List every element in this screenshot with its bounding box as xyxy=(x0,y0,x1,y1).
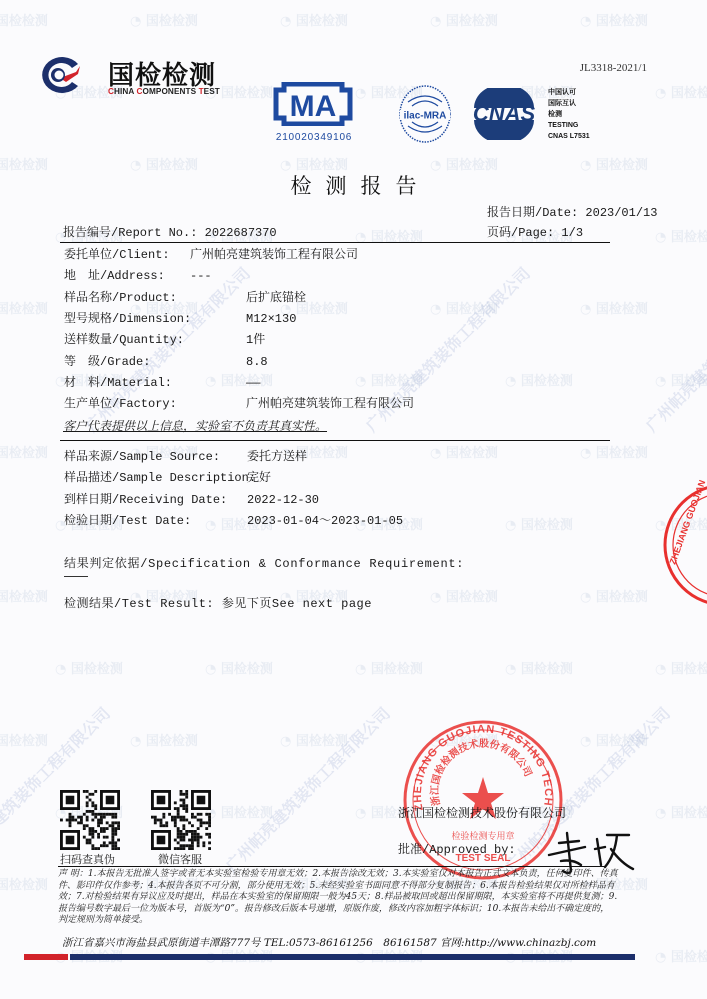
report-meta-right: 报告日期/Date: 2023/01/13 页码/Page: 1/3 xyxy=(487,203,657,243)
info-label: 地 址/Address: xyxy=(64,266,165,286)
info-label: 型号规格/Dimension: xyxy=(64,309,191,329)
logo-name-en: CHINA COMPONENTS TEST xyxy=(108,87,220,96)
info-value: 2023-01-04～2023-01-05 xyxy=(247,511,403,531)
info-value: 广州帕亮建筑装饰工程有限公司 xyxy=(246,394,414,414)
info-label: 等 级/Grade: xyxy=(64,352,150,372)
china-components-test-logo-icon xyxy=(38,54,84,96)
info-value: 8.8 xyxy=(246,352,268,372)
info-value: 后扩底锚栓 xyxy=(246,288,306,308)
handwritten-signature-icon xyxy=(545,825,635,875)
info-value: —— xyxy=(246,373,260,393)
info-row: 材 料/Material:—— xyxy=(64,373,172,393)
footer-band-navy xyxy=(70,954,635,960)
qr-caption-verify: 扫码查真伪 xyxy=(60,851,115,867)
info-row: 型号规格/Dimension:M12×130 xyxy=(64,309,191,329)
company-logo: 国检检测 CHINA COMPONENTS TEST xyxy=(38,52,228,102)
info-value: M12×130 xyxy=(246,309,296,329)
info-row: 样品描述/Sample Description:完好 xyxy=(64,468,256,488)
info-row: 生产单位/Factory:广州帕亮建筑装饰工程有限公司 xyxy=(64,394,177,414)
testing-company-name: 浙江国检检测技术股份有限公司 xyxy=(398,804,566,821)
cnas-line: 中国认可 xyxy=(548,87,590,98)
footer-address: 浙江省嘉兴市海盐县武原街道丰潭路777号 TEL:0573-86161256 8… xyxy=(62,935,596,950)
info-value: 2022-12-30 xyxy=(247,490,319,510)
cnas-line: 国际互认 xyxy=(548,98,590,109)
test-result: 检测结果/Test Result: 参见下页See next page xyxy=(64,594,372,611)
svg-text:MA: MA xyxy=(290,90,337,123)
svg-text:ilac-MRA: ilac-MRA xyxy=(404,111,447,122)
info-row: 地 址/Address:--- xyxy=(64,266,165,286)
page-number: 页码/Page: 1/3 xyxy=(487,223,657,243)
statement-notes: 声 明：1.本报告无批准人签字或者无本实验室检验专用章无效；2.本报告涂改无效；… xyxy=(58,869,618,927)
divider xyxy=(58,866,606,867)
info-value: 委托方送样 xyxy=(247,447,307,467)
info-row: 检验日期/Test Date:2023-01-04～2023-01-05 xyxy=(64,511,191,531)
info-row: 样品来源/Sample Source:委托方送样 xyxy=(64,447,220,467)
info-label: 送样数量/Quantity: xyxy=(64,330,184,350)
info-row: 样品名称/Product:后扩底锚栓 xyxy=(64,288,177,308)
cnas-line: TESTING xyxy=(548,120,590,131)
info-value: --- xyxy=(190,266,212,286)
info-row: 委托单位/Client:广州帕亮建筑装饰工程有限公司 xyxy=(64,245,170,265)
cnas-line: 检测 xyxy=(548,109,590,120)
red-company-seal-icon: ZHEJIANG GUOJIAN TESTING TECHNOLOGY 浙江国检… xyxy=(398,715,568,885)
info-label: 检验日期/Test Date: xyxy=(64,511,191,531)
info-label: 到样日期/Receiving Date: xyxy=(64,490,227,510)
report-number: 报告编号/Report No.: 2022687370 xyxy=(63,223,277,240)
info-label: 样品描述/Sample Description: xyxy=(64,468,256,488)
red-seal-partial-icon: ZHEJIANG GUOJIAN xyxy=(655,475,707,615)
conformance-requirement-label: 结果判定依据/Specification & Conformance Requi… xyxy=(64,554,464,571)
info-label: 样品来源/Sample Source: xyxy=(64,447,220,467)
page-title: 检测报告 xyxy=(0,170,707,200)
client-disclaimer: 客户代表提供以上信息，实验室不负责其真实性。 xyxy=(63,417,327,434)
cnas-info: 中国认可 国际互认 检测 TESTING CNAS L7531 xyxy=(548,87,590,142)
info-row: 到样日期/Receiving Date:2022-12-30 xyxy=(64,490,227,510)
info-value: 广州帕亮建筑装饰工程有限公司 xyxy=(190,245,358,265)
cnas-mark-icon: CNAS xyxy=(466,88,542,140)
footer-band-red xyxy=(24,954,68,960)
svg-text:CNAS: CNAS xyxy=(473,101,536,126)
info-label: 材 料/Material: xyxy=(64,373,172,393)
svg-text:ZHEJIANG GUOJIAN: ZHEJIANG GUOJIAN xyxy=(667,479,707,566)
info-row: 送样数量/Quantity:1件 xyxy=(64,330,184,350)
ilac-mra-icon: ilac-MRA xyxy=(398,84,452,144)
qr-code-verify-icon[interactable] xyxy=(60,790,120,850)
qr-code-wechat-icon[interactable] xyxy=(151,790,211,850)
info-value: 完好 xyxy=(247,468,271,488)
form-number: JL3318-2021/1 xyxy=(580,62,647,74)
approved-by-label: 批准/Approved by: xyxy=(398,840,516,857)
info-row: 等 级/Grade:8.8 xyxy=(64,352,150,372)
divider xyxy=(60,242,610,243)
cma-number: 210020349106 xyxy=(268,132,360,143)
cma-mark-icon: MA xyxy=(270,82,356,126)
info-value: 1件 xyxy=(246,330,265,350)
info-label: 样品名称/Product: xyxy=(64,288,177,308)
divider xyxy=(60,440,610,441)
conformance-requirement-value xyxy=(64,576,88,577)
info-label: 委托单位/Client: xyxy=(64,245,170,265)
report-date: 报告日期/Date: 2023/01/13 xyxy=(487,203,657,223)
qr-caption-wechat: 微信客服 xyxy=(158,851,202,867)
cma-certification: MA 210020349106 xyxy=(268,82,360,146)
info-label: 生产单位/Factory: xyxy=(64,394,177,414)
cnas-line: CNAS L7531 xyxy=(548,131,590,142)
